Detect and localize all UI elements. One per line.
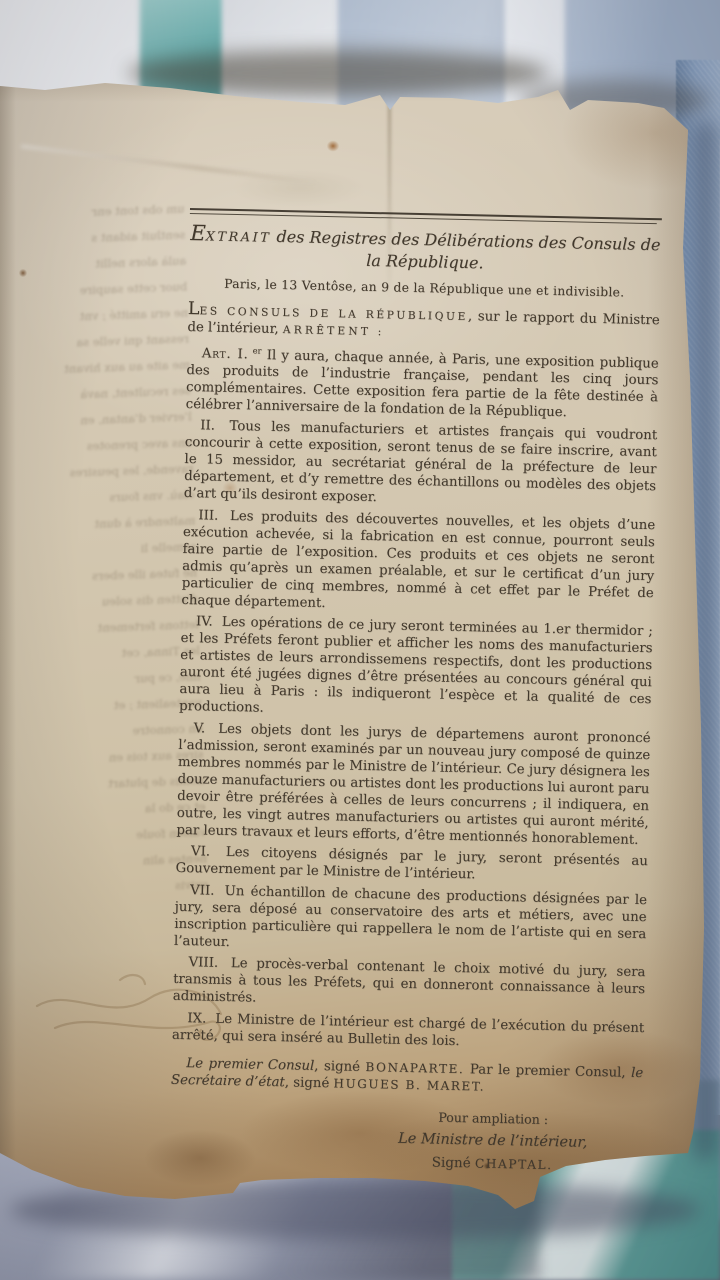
article-7-text: Un échantillon de chacune des production… <box>174 884 647 950</box>
article-7: VII. Un échantillon de chacune des produ… <box>174 882 647 960</box>
minister-line: Le Ministre de l’intérieur, <box>358 1130 628 1153</box>
decree-body: Les Consuls de la République, sur le rap… <box>169 301 660 1176</box>
printed-text-block: Extrait des Registres des Délibérations … <box>169 208 662 1176</box>
article-6: VI. Les citoyens désignés par le jury, s… <box>175 843 648 887</box>
paper-sheet: um obs tont enr sentluit aidant s aulà a… <box>0 68 712 1213</box>
article-6-label: VI. <box>191 845 210 860</box>
photo-of-document: { "colors":{ "paper":"#d2c6af", "ink":"#… <box>0 0 720 1280</box>
article-2-label: II. <box>200 419 215 434</box>
article-2-text: Tous les manufacturiers et artistes fran… <box>184 419 658 505</box>
article-3-text: Les produits des découvertes nouvelles, … <box>181 509 655 611</box>
article-8-text: Le procès-verbal contenant le choix moti… <box>173 956 646 1006</box>
dateline: Paris, le 13 Ventôse, an 9 de la Républi… <box>188 275 660 302</box>
article-8-label: VIII. <box>188 956 218 972</box>
article-4: IV. Les opérations de ce jury seront ter… <box>179 613 653 725</box>
paper-shadow-top <box>128 50 548 96</box>
article-1-text: Il y aura, chaque année, à Paris, une ex… <box>186 348 659 421</box>
article-2: II. Tous les manufacturiers et artistes … <box>184 417 658 512</box>
signature-chaptal: Chaptal. <box>475 1156 553 1172</box>
signature-maret: Hugues B. Maret. <box>333 1076 485 1093</box>
article-8: VIII. Le procès-verbal contenant le choi… <box>173 954 646 1015</box>
ampliation-line: Pour ampliation : <box>358 1107 628 1130</box>
article-4-label: IV. <box>196 615 213 630</box>
title-line2: la République. <box>366 251 484 273</box>
article-9: IX. Le Ministre de l’intérieur est charg… <box>172 1010 645 1054</box>
article-5-label: V. <box>193 721 205 736</box>
article-7-label: VII. <box>190 883 215 899</box>
opening-paragraph: Les Consuls de la République, sur le rap… <box>187 301 660 346</box>
signature-line: Le premier Consul, signé Bonaparte. Par … <box>171 1055 644 1099</box>
document-title: Extrait des Registres des Délibérations … <box>189 223 662 277</box>
article-1-label: Art. I. <box>202 346 249 362</box>
article-6-text: Les citoyens désignés par le jury, seron… <box>175 845 648 882</box>
article-5: V. Les objets dont les jurys de départem… <box>176 720 650 849</box>
signature-bonaparte: Bonaparte. <box>365 1060 464 1076</box>
article-9-label: IX. <box>187 1011 206 1026</box>
article-9-text: Le Ministre de l’intérieur est chargé de… <box>172 1012 645 1049</box>
article-3: III. Les produits des découvertes nouvel… <box>181 507 655 619</box>
article-4-text: Les opérations de ce jury seront terminé… <box>179 615 653 716</box>
article-1: Art. I.er Il y aura, chaque année, à Par… <box>186 340 659 423</box>
title-initial: E <box>190 220 206 245</box>
article-3-label: III. <box>198 508 218 523</box>
article-5-text: Les objets dont les jurys de départemens… <box>176 722 650 848</box>
